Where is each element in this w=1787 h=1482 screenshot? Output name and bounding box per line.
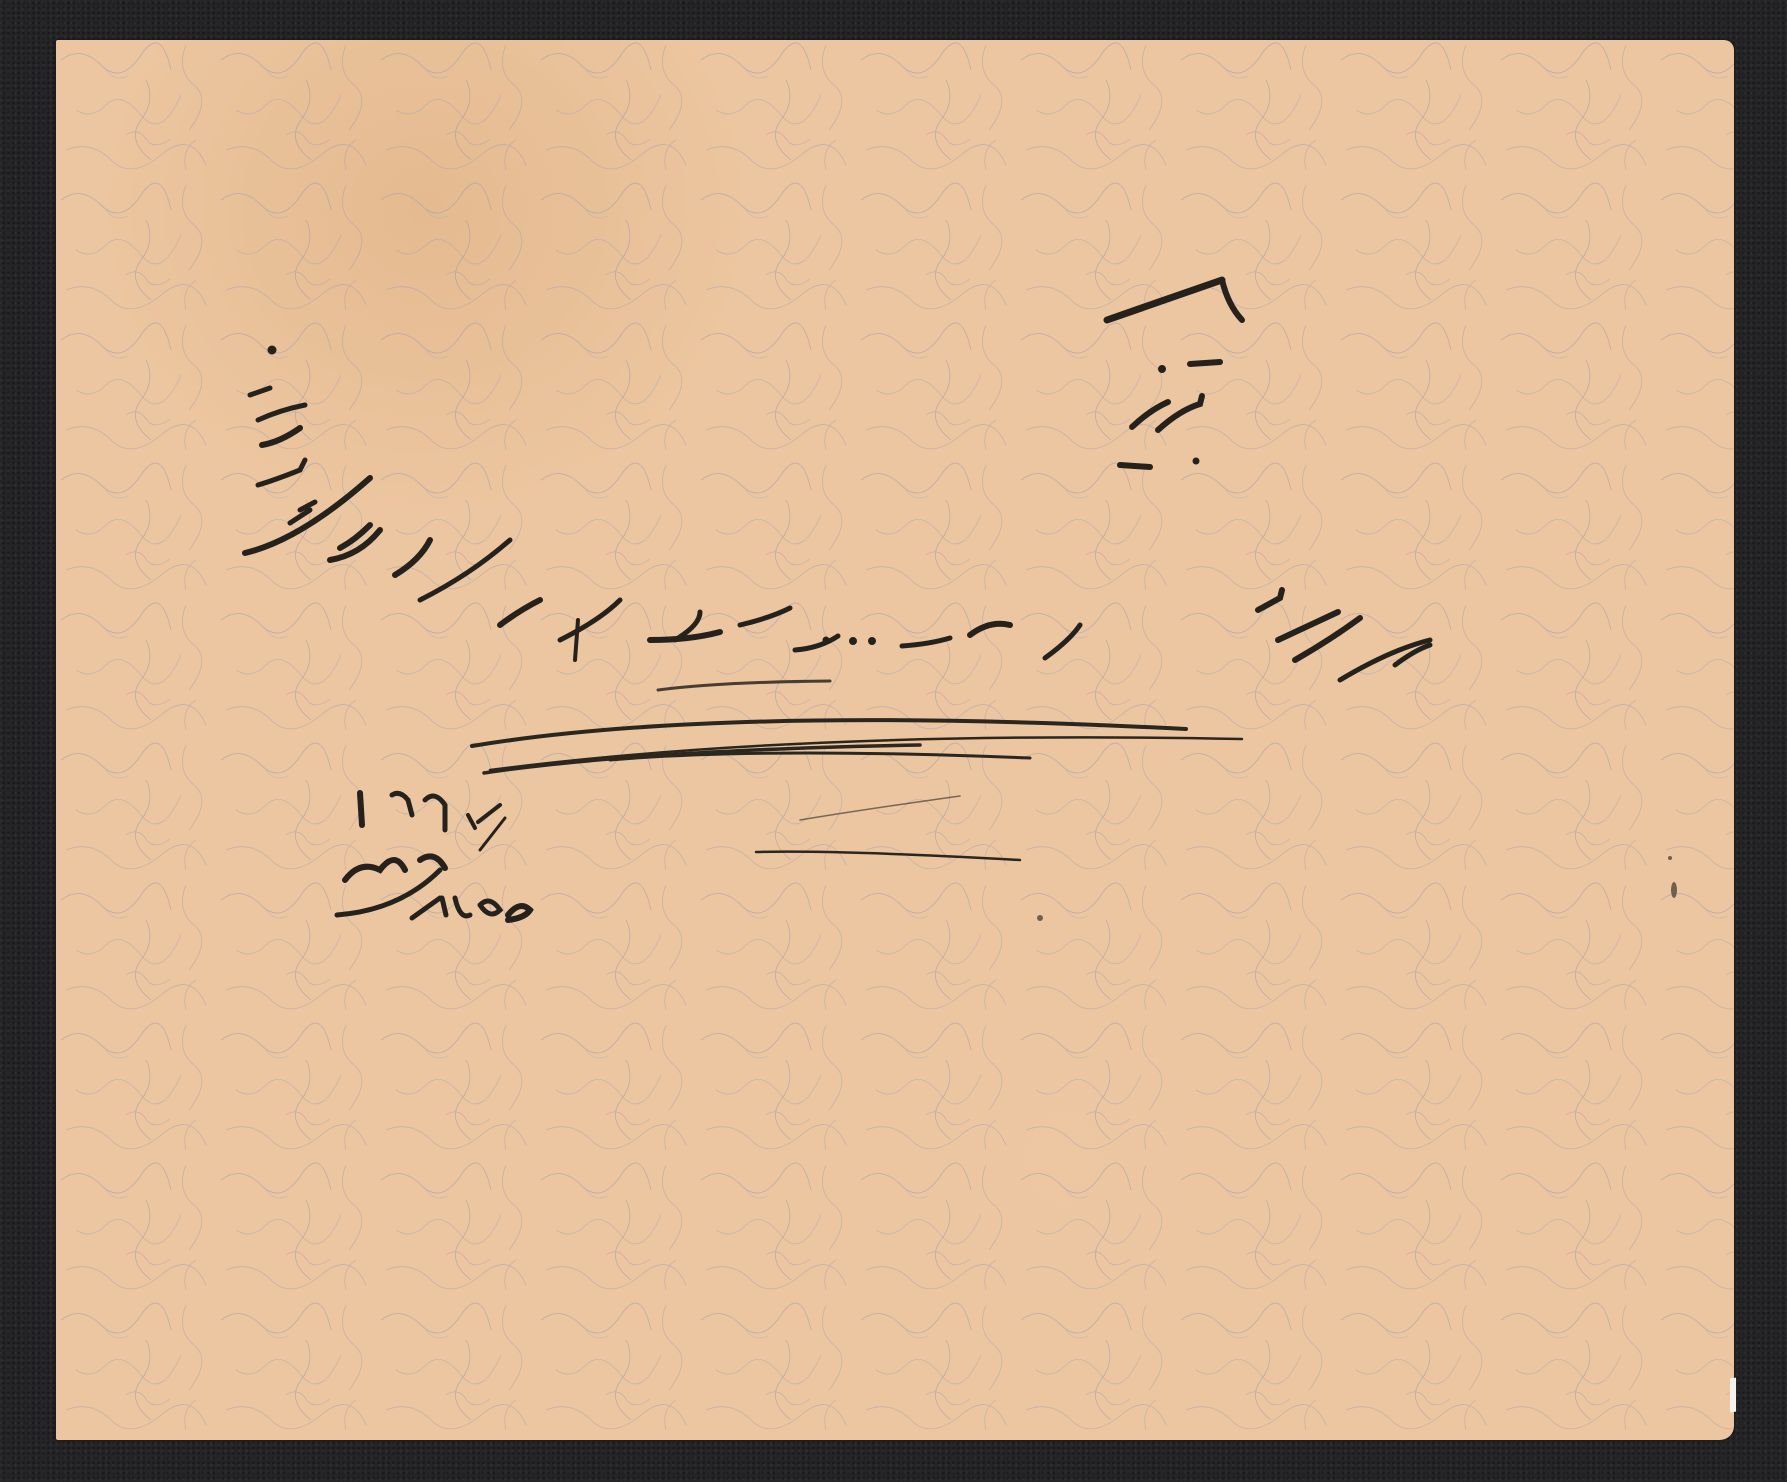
- date-year-suffix: /۱: [418, 785, 448, 825]
- date-year: ۱۳۳۷/۱: [345, 788, 448, 822]
- body-line-middle: ... رضا حلف مرحوم حاجی: [610, 615, 942, 645]
- paper-edge-tab: [1730, 1378, 1736, 1413]
- folio-number: ۸: [1100, 262, 1132, 322]
- document-sheet: [56, 40, 1734, 1440]
- paper-fiber-texture: [56, 40, 1734, 1440]
- date-year-value: ۱۳۳۷: [345, 785, 418, 825]
